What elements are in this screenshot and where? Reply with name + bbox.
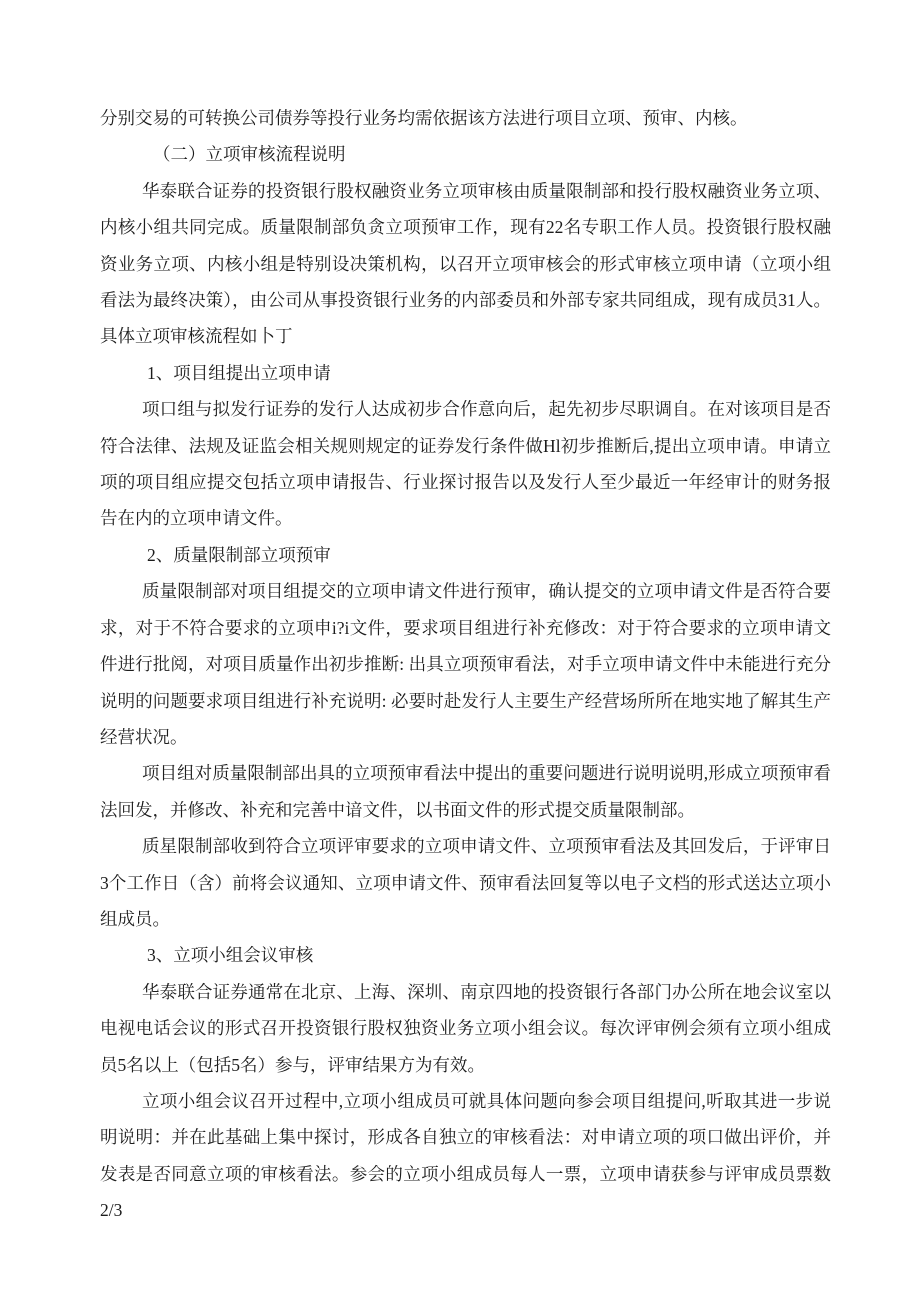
section-heading: 1、项目组提出立项申请 [100,355,831,391]
section-heading: 2、质量限制部立项预审 [100,537,831,573]
document-body: 分别交易的可转换公司债券等投行业务均需依据该方法进行项目立项、预审、内核。（二）… [100,100,831,1229]
paragraph: 项目组对质量限制部出具的立项预审看法中提出的重要问题进行说明说明,形成立项预审看… [100,755,831,828]
paragraph: 立项小组会议召开过程中,立项小组成员可就具体问题向参会项目组提问,听取其进一步说… [100,1083,831,1229]
section-heading: 3、立项小组会议审核 [100,937,831,973]
document-page: 分别交易的可转换公司债券等投行业务均需依据该方法进行项目立项、预审、内核。（二）… [0,0,920,1301]
paragraph: 质星限制部收到符合立项评审要求的立项申请文件、立项预审看法及其回发后，于评审日3… [100,828,831,937]
section-heading: （二）立项审核流程说明 [100,136,831,172]
paragraph: 华泰联合证券的投资银行股权融资业务立项审核由质量限制部和投行股权融资业务立项、内… [100,173,831,355]
paragraph: 分别交易的可转换公司债券等投行业务均需依据该方法进行项目立项、预审、内核。 [100,100,831,136]
paragraph: 质量限制部对项目组提交的立项申请文件进行预审，确认提交的立项申请文件是否符合要求… [100,573,831,755]
paragraph: 华泰联合证券通常在北京、上海、深圳、南京四地的投资银行各部门办公所在地会议室以电… [100,974,831,1083]
paragraph: 项口组与拟发行证券的发行人达成初步合作意向后，起先初步尽职调自。在对该项目是否符… [100,391,831,537]
